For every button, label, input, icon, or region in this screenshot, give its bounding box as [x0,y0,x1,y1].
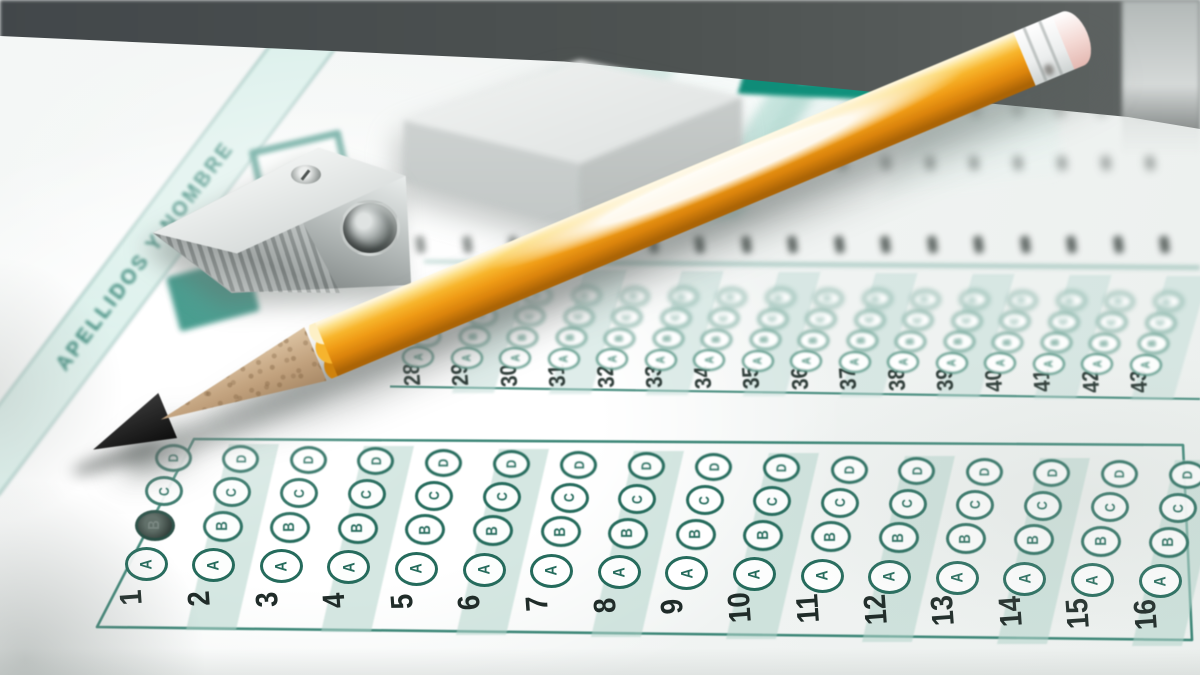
bubble-letter: D [726,294,736,300]
answer-bubble: D [1105,292,1134,311]
bubble-letter: B [759,336,770,343]
answer-bubble: C [1024,491,1062,521]
answer-bubble: A [693,349,725,371]
bubble-letter: D [234,455,248,463]
answer-bubble: D [766,288,795,307]
bubble-letter: A [1042,360,1054,367]
bubble-letter: A [994,359,1006,366]
answer-bubble: C [709,308,739,328]
bubble-letter: D [969,297,979,303]
bubble-letter: D [1180,471,1194,479]
bubble-letter: D [1112,470,1126,478]
bubble-letter: D [581,293,591,299]
bubble-letter: C [427,491,442,500]
answer-bubble: D [1057,291,1086,310]
answer-bubble: A [1003,562,1046,596]
question-number: 3 [251,581,283,617]
bubble-letter: D [823,295,833,301]
answer-bubble: A [598,555,641,589]
question-number: 13 [927,593,959,629]
bubble-letter: B [958,534,974,543]
answer-bubble: D [1101,460,1138,488]
bubble-letter: C [900,499,915,508]
bubble-letter: D [977,468,991,476]
answer-bubble: C [551,483,589,513]
bubble-letter: C [1058,318,1069,324]
answer-bubble: A [395,552,438,586]
answer-bubble: B [895,331,926,352]
bubble-letter: B [953,338,964,345]
bubble-letter: B [1161,538,1177,547]
answer-bubble: A [192,548,235,582]
question-number: 1 [116,579,148,615]
bubble-letter: A [460,354,472,361]
bubble-letter: B [147,520,163,529]
answer-bubble: A [451,347,483,369]
answer-bubble: D [966,458,1003,486]
answer-bubble: D [960,290,989,309]
blurred-digit [1112,235,1123,253]
bubble-letter: B [905,338,916,345]
bubble-letter: B [350,524,366,533]
blurred-digit [926,235,937,253]
answer-bubble: C [758,309,788,329]
answer-bubble: B [798,330,829,351]
answer-bubble: C [806,309,836,329]
answer-bubble: C [821,488,859,518]
bubble-letter: C [961,317,972,323]
bubble-letter: D [842,465,856,473]
answer-bubble: B [541,516,581,547]
bubble-letter: D [707,463,721,471]
bubble-letter: A [476,565,493,575]
answer-bubble: D [898,457,935,485]
answer-bubble: C [612,307,642,327]
answer-bubble: A [936,352,968,374]
bubble-letter: A [509,354,521,361]
bubble-letter: D [572,461,586,469]
answer-bubble: D [493,450,530,478]
bubble-letter: C [630,495,645,504]
answer-bubble: A [801,559,844,593]
bubble-letter: C [767,315,778,321]
answer-bubble: D [628,452,665,480]
answer-bubble: C [145,476,183,506]
bubble-letter: B [565,334,576,341]
answer-bubble: B [811,521,851,552]
answer-bubble: B [944,331,975,352]
bubble-letter: D [504,460,518,468]
answer-bubble: D [717,288,746,307]
bubble-letter: B [1147,340,1158,347]
answer-bubble: C [213,477,251,507]
bubble-letter: C [495,492,510,501]
bubble-letter: B [620,528,636,537]
bubble-letter: C [562,493,577,502]
bubble-letter: C [864,316,875,322]
answer-bubble: B [992,332,1023,353]
question-number: 12 [860,592,892,628]
answer-bubble: D [1154,292,1183,311]
bubble-letter: A [949,573,966,583]
answer-bubble: C [415,481,453,511]
bubble-letter: B [823,532,839,541]
answer-bubble: D [290,446,327,474]
question-number: 14 [995,594,1027,630]
bubble-letter: A [543,566,560,576]
bubble-letter: C [1107,319,1118,325]
answer-bubble: B [338,513,378,544]
bubble-letter: A [1139,361,1151,368]
bubble-letter: D [678,294,688,300]
bubble-letter: B [485,526,501,535]
answer-bubble: B [1089,333,1120,354]
answer-bubble: A [839,351,871,373]
bubble-letter: D [639,462,653,470]
bubble-letter: A [611,567,628,577]
bubble-letter: C [913,317,924,323]
blurred-digit [461,235,472,253]
photo-scantron-scene: APELLIDOS Y NOMBRE Lott 28ABCD29ABCD30AB… [0,0,1200,675]
bubble-letter: A [1084,575,1101,585]
bubble-letter: A [1091,360,1103,367]
bubble-letter: D [1066,298,1076,304]
blurred-digit [833,235,844,253]
answer-bubble: D [911,290,940,309]
answer-bubble: C [1146,313,1176,333]
answer-bubble: B [847,330,878,351]
bubble-letter: B [856,337,867,344]
answer-bubble: D [831,456,868,484]
bubble-letter: A [848,358,860,365]
bubble-letter: D [920,296,930,302]
bubble-letter: A [881,572,898,582]
answer-bubble: B [879,522,919,553]
bubble-letter: C [1035,501,1050,510]
answer-bubble: D [814,289,843,308]
answer-bubble: C [564,307,594,327]
answer-bubble: A [125,547,168,581]
question-number: 2 [184,580,216,616]
answer-bubble: C [903,310,933,330]
answer-bubble: A [463,553,506,587]
bubble-letter: D [775,295,785,301]
bubble-letter: C [719,315,730,321]
answer-bubble: C [483,482,521,512]
question-number: 6 [454,585,486,621]
answer-bubble: B [750,329,781,350]
bubble-letter: B [417,525,433,534]
bubble-letter: D [910,466,924,474]
answer-bubble: B [1041,332,1072,353]
bubble-letter: B [1050,339,1061,346]
bubble-letter: A [340,562,357,572]
sharpener-hole [340,200,400,256]
answer-bubble: A [887,351,919,373]
bubble-letter: B [553,527,569,536]
question-number: 16 [1130,596,1162,632]
bubble-letter: D [369,457,383,465]
bubble-letter: B [282,523,298,532]
bubble-letter: C [697,496,712,505]
answer-bubble: B [608,518,648,549]
answer-bubble: C [889,489,927,519]
answer-bubble: A [596,348,628,370]
bubble-letter: B [755,531,771,540]
answer-bubble: B [1081,526,1121,557]
bubble-letter: C [622,314,633,320]
bubble-letter: D [629,293,639,299]
bubble-letter: D [1045,469,1059,477]
answer-bubble: D [1033,459,1070,487]
bubble-letter: A [606,355,618,362]
answer-bubble: D [425,449,462,477]
answer-bubble: C [618,484,656,514]
bubble-letter: A [654,356,666,363]
bubble-letter: C [833,498,848,507]
question-number: 15 [1062,595,1094,631]
bubble-letter: B [808,337,819,344]
answer-bubble: A [936,561,979,595]
bubble-letter: C [1155,319,1166,325]
bubble-letter: A [205,560,222,570]
bubble-letter: C [765,497,780,506]
answer-bubble: C [1097,312,1127,332]
bubble-letter: A [746,569,763,579]
bubble-letter: A [1152,576,1169,586]
answer-bubble: C [661,308,691,328]
answer-bubble: D [620,287,649,306]
bubble-letter: D [1017,297,1027,303]
answer-bubble: B [604,328,635,349]
bubble-letter: C [359,490,374,499]
answer-bubble: D [863,289,892,308]
question-number: 7 [522,586,554,622]
answer-bubble: A [1033,353,1065,375]
bubble-letter: B [1026,535,1042,544]
bubble-letter: A [800,357,812,364]
answer-bubble: A [645,349,677,371]
answer-bubble: D [669,287,698,306]
answer-bubble: A [790,350,822,372]
bubble-letter: A [945,359,957,366]
blurred-digit [740,235,751,253]
bubble-letter: B [215,521,231,530]
bubble-letter: D [774,464,788,472]
question-number: 5 [386,584,418,620]
answer-bubble: A [742,350,774,372]
answer-bubble: B [676,519,716,550]
bubble-letter: B [614,335,625,342]
bubble-letter: C [1103,503,1118,512]
bubble-letter: B [517,334,528,341]
question-number: 9 [657,588,689,624]
bubble-letter: A [408,564,425,574]
bubble-letter: C [573,313,584,319]
bubble-letter: B [711,336,722,343]
bubble-letter: A [897,358,909,365]
answer-bubble: C [686,485,724,515]
answer-bubble: B [270,512,310,543]
bubble-letter: C [968,500,983,509]
answer-bubble: C [1049,312,1079,332]
bubble-letter: A [1016,574,1033,584]
answer-bubble: A [260,549,303,583]
bubble-letter: A [678,568,695,578]
answer-bubble: C [855,310,885,330]
bubble-letter: D [436,458,450,466]
answer-bubble-filled: B [135,510,175,541]
question-number: 11 [792,591,824,627]
bubble-letter: C [224,488,239,497]
answer-bubble: C [952,311,982,331]
blurred-digit [1019,235,1030,253]
answer-bubble: B [743,520,783,551]
bubble-letter: B [688,529,704,538]
bubble-letter: B [662,335,673,342]
bubble-letter: C [292,489,307,498]
answer-bubble: B [653,328,684,349]
desk-right-strip [1122,0,1200,155]
answer-bubble: A [1130,354,1162,376]
bubble-letter: B [1099,340,1110,347]
bubble-letter: C [1010,318,1021,324]
answer-bubble: A [868,560,911,594]
question-number: 8 [589,587,621,623]
answer-bubble: C [956,490,994,520]
answer-bubble: A [1139,564,1182,598]
bubble-letter: C [157,487,172,496]
answer-bubble: A [499,347,531,369]
answer-bubble: D [560,451,597,479]
bubble-letter: A [273,561,290,571]
question-number: 10 [724,589,756,625]
answer-bubble: B [556,327,587,348]
bubble-letter: B [891,533,907,542]
bubble-letter: D [872,296,882,302]
answer-bubble: B [203,511,243,542]
answer-bubble: A [1071,563,1114,597]
answer-bubble: B [1138,333,1169,354]
answer-bubble: B [1149,527,1189,558]
answer-bubble: A [548,348,580,370]
bubble-letter: B [1002,339,1013,346]
bubble-letter: C [1171,504,1186,513]
answer-bubble: D [1008,291,1037,310]
bubble-letter: D [1163,299,1173,305]
bubble-letter: D [301,456,315,464]
screw-slot [301,169,311,180]
answer-bubble: B [507,327,538,348]
answer-bubble: B [701,329,732,350]
bubble-letter: C [816,316,827,322]
bubble-letter: C [525,313,536,319]
question-number: 4 [319,582,351,618]
pencil-sharpener [150,146,422,304]
bubble-letter: A [751,357,763,364]
bubble-letter: A [138,559,155,569]
answer-bubble: C [1000,311,1030,331]
bubble-letter: A [703,356,715,363]
bubble-letter: A [814,570,831,580]
bubble-letter: C [670,314,681,320]
answer-bubble: A [530,554,573,588]
answer-bubble: A [1081,353,1113,375]
bubble-letter: D [1114,298,1124,304]
bubble-letter: A [557,355,569,362]
answer-bubble: A [984,352,1016,374]
bubble-letter: B [1093,536,1109,545]
